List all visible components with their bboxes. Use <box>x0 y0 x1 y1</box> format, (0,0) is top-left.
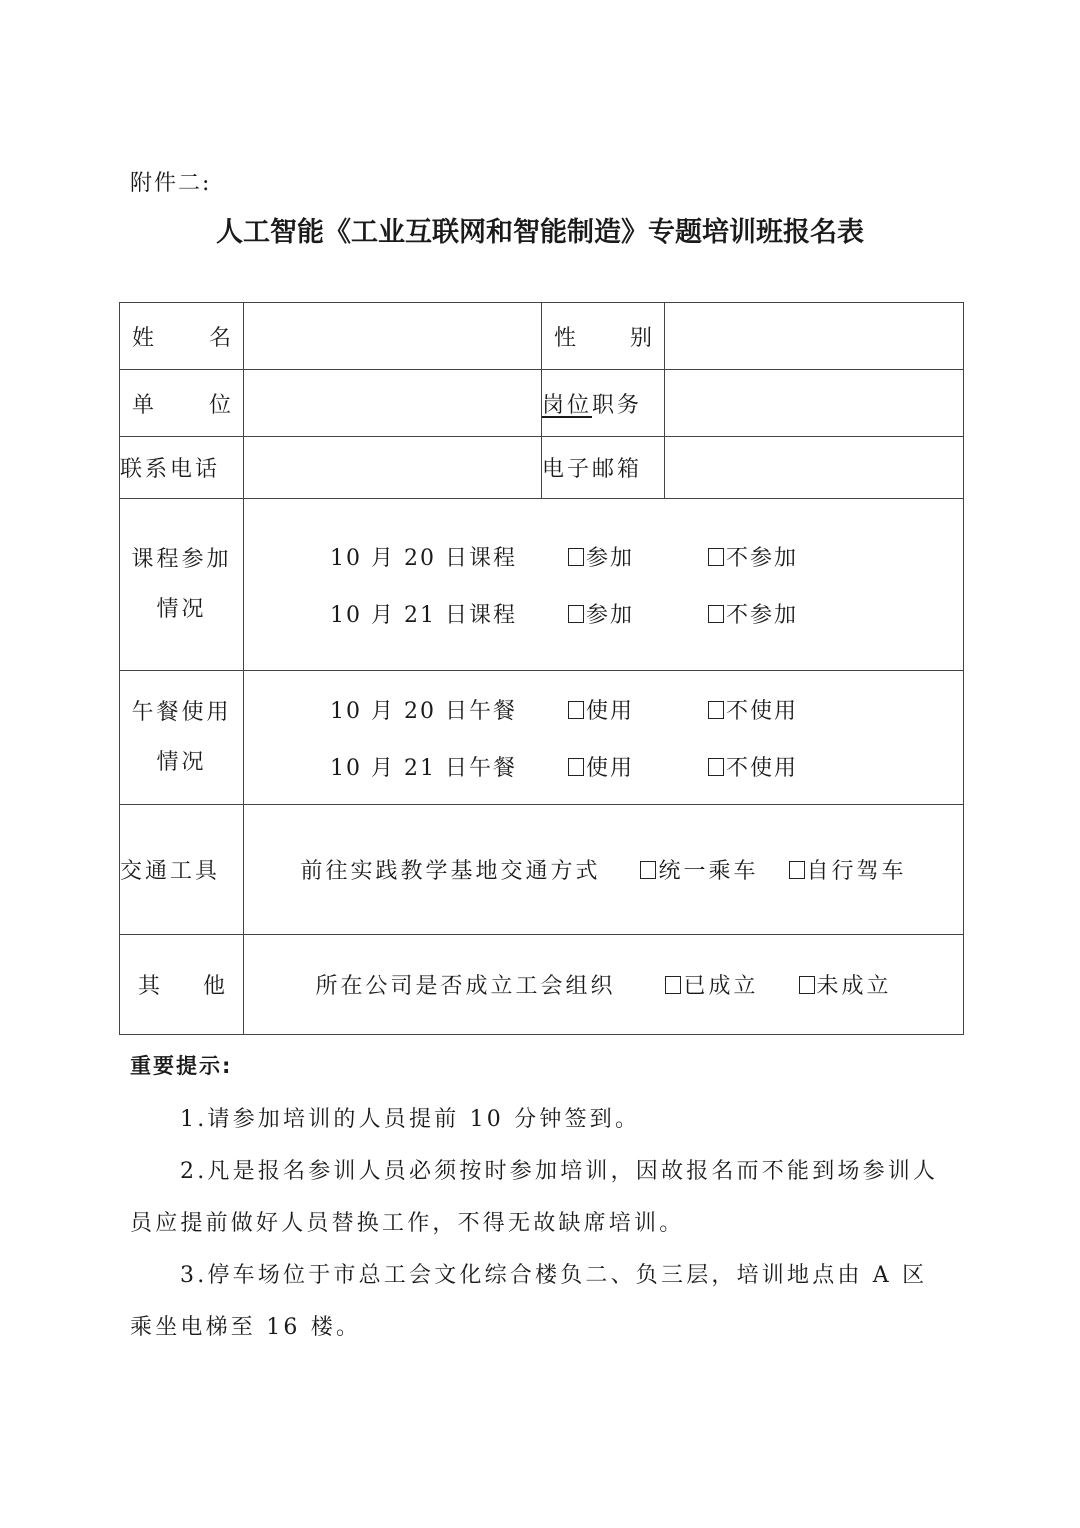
note-item-2: 2.凡是报名参训人员必须按时参加培训，因故报名而不能到场参训人员应提前做好人员替… <box>130 1146 945 1250</box>
course-day-1-not-attend[interactable]: 不参加 <box>708 541 798 572</box>
lunch-day-2: 10 月 21 日午餐 使用 不使用 <box>330 738 963 795</box>
label-lunch: 午餐使用 情况 <box>120 671 244 805</box>
notes-heading: 重要提示: <box>130 1050 945 1080</box>
union-established[interactable]: 已成立 <box>665 969 758 1000</box>
lunch-options: 10 月 20 日午餐 使用 不使用 10 月 21 日午餐 使用 不使用 <box>244 671 964 805</box>
checkbox-icon[interactable] <box>568 758 584 776</box>
name-field[interactable] <box>244 303 542 370</box>
row-name-gender: 姓名 性别 <box>120 303 964 370</box>
lunch-day-2-use[interactable]: 使用 <box>568 751 708 782</box>
checkbox-icon[interactable] <box>708 548 724 566</box>
row-transport: 交通工具 前往实践教学基地交通方式 统一乘车 自行驾车 <box>120 805 964 935</box>
checkbox-icon[interactable] <box>799 976 815 994</box>
transport-self-drive[interactable]: 自行驾车 <box>789 854 907 885</box>
unit-field[interactable] <box>244 370 542 437</box>
course-day-2-not-attend[interactable]: 不参加 <box>708 598 798 629</box>
label-transport: 交通工具 <box>120 805 244 935</box>
lunch-day-1-not-use[interactable]: 不使用 <box>708 694 798 725</box>
checkbox-icon[interactable] <box>568 605 584 623</box>
position-field[interactable] <box>665 370 964 437</box>
lunch-day-1-use[interactable]: 使用 <box>568 694 708 725</box>
checkbox-icon[interactable] <box>568 701 584 719</box>
checkbox-icon[interactable] <box>708 758 724 776</box>
union-not-established[interactable]: 未成立 <box>799 969 892 1000</box>
other-options: 所在公司是否成立工会组织 已成立 未成立 <box>244 935 964 1035</box>
row-lunch: 午餐使用 情况 10 月 20 日午餐 使用 不使用 10 月 21 日午餐 使… <box>120 671 964 805</box>
course-options: 10 月 20 日课程 参加 不参加 10 月 21 日课程 参加 不参加 <box>244 499 964 671</box>
registration-form-table: 姓名 性别 单位 岗位职务 联系电话 电子邮箱 课程参加 情况 10 月 20 … <box>119 302 964 1035</box>
label-other: 其他 <box>120 935 244 1035</box>
checkbox-icon[interactable] <box>568 548 584 566</box>
course-day-2-attend[interactable]: 参加 <box>568 598 708 629</box>
note-item-1: 1.请参加培训的人员提前 10 分钟签到。 <box>130 1094 945 1146</box>
transport-group-bus[interactable]: 统一乘车 <box>640 854 758 885</box>
course-day-2: 10 月 21 日课程 参加 不参加 <box>330 585 963 642</box>
lunch-day-1: 10 月 20 日午餐 使用 不使用 <box>330 681 963 738</box>
email-field[interactable] <box>665 437 964 499</box>
label-phone: 联系电话 <box>120 437 244 499</box>
label-position: 岗位职务 <box>542 370 665 437</box>
checkbox-icon[interactable] <box>665 976 681 994</box>
course-day-1: 10 月 20 日课程 参加 不参加 <box>330 528 963 585</box>
page-title: 人工智能《工业互联网和智能制造》专题培训班报名表 <box>0 210 1080 249</box>
transport-options: 前往实践教学基地交通方式 统一乘车 自行驾车 <box>244 805 964 935</box>
important-notes: 重要提示: 1.请参加培训的人员提前 10 分钟签到。 2.凡是报名参训人员必须… <box>130 1050 945 1354</box>
row-course: 课程参加 情况 10 月 20 日课程 参加 不参加 10 月 21 日课程 参… <box>120 499 964 671</box>
checkbox-icon[interactable] <box>789 861 805 879</box>
label-course: 课程参加 情况 <box>120 499 244 671</box>
label-unit: 单位 <box>120 370 244 437</box>
label-gender: 性别 <box>542 303 665 370</box>
checkbox-icon[interactable] <box>640 861 656 879</box>
checkbox-icon[interactable] <box>708 605 724 623</box>
lunch-day-2-not-use[interactable]: 不使用 <box>708 751 798 782</box>
course-day-1-attend[interactable]: 参加 <box>568 541 708 572</box>
gender-field[interactable] <box>665 303 964 370</box>
attachment-label: 附件二: <box>130 166 211 197</box>
row-phone-email: 联系电话 电子邮箱 <box>120 437 964 499</box>
row-unit-position: 单位 岗位职务 <box>120 370 964 437</box>
row-other: 其他 所在公司是否成立工会组织 已成立 未成立 <box>120 935 964 1035</box>
label-name: 姓名 <box>120 303 244 370</box>
phone-field[interactable] <box>244 437 542 499</box>
label-email: 电子邮箱 <box>542 437 665 499</box>
checkbox-icon[interactable] <box>708 701 724 719</box>
note-item-3: 3.停车场位于市总工会文化综合楼负二、负三层，培训地点由 A 区乘坐电梯至 16… <box>130 1250 945 1354</box>
